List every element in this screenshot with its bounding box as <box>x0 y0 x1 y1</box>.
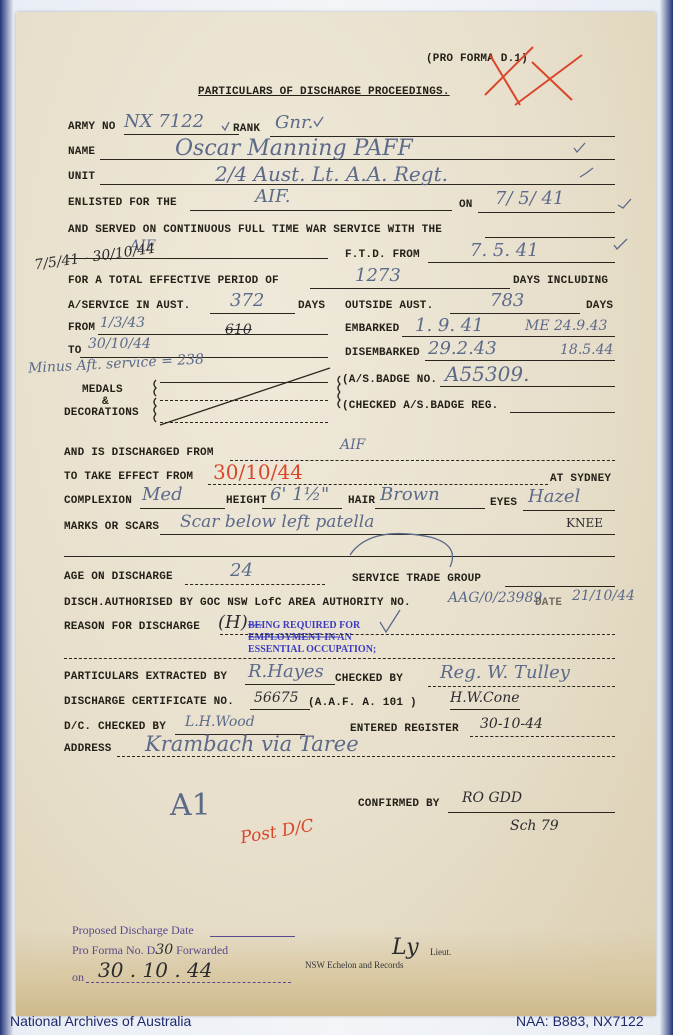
medals-line-3 <box>160 422 328 423</box>
total-period-value: 1273 <box>355 265 401 286</box>
eyes-label: EYES <box>490 497 517 509</box>
embarked-value: 1. 9. 41 <box>415 315 484 336</box>
served-line <box>485 237 615 238</box>
eyes-line <box>523 510 615 511</box>
rank-label: RANK <box>233 123 260 135</box>
a1-annotation: A1 <box>170 788 211 823</box>
pro-forma-suffix: Forwarded <box>176 943 228 957</box>
extracted-label: PARTICULARS EXTRACTED BY <box>64 671 227 683</box>
discharged-from-value: AIF <box>340 437 365 453</box>
effect-location: AT SYDNEY <box>550 473 611 485</box>
trade-group-line <box>505 586 615 587</box>
outside-aust-label: OUTSIDE AUST. <box>345 300 433 312</box>
entered-register-value: 30-10-44 <box>480 716 543 732</box>
reason-line <box>220 634 615 635</box>
disembarked-label: DISEMBARKED <box>345 347 420 359</box>
hair-value: Brown <box>380 484 440 505</box>
from-label: FROM <box>68 322 95 334</box>
badge-value: A55309. <box>445 362 529 386</box>
total-period-line <box>310 288 510 289</box>
service-aust-value: 372 <box>230 290 264 311</box>
complexion-label: COMPLEXION <box>64 495 132 507</box>
marks-label: MARKS OR SCARS <box>64 521 159 533</box>
army-no-line <box>124 134 239 135</box>
outside-aust-suffix: DAYS <box>586 300 613 312</box>
struck-value: 610 <box>225 322 252 338</box>
reason-line-2 <box>64 658 615 659</box>
height-label: HEIGHT <box>226 495 267 507</box>
disembarked-value: 29.2.43 <box>428 338 497 359</box>
disembarked-value-2: 18.5.44 <box>560 342 613 358</box>
height-line <box>262 508 342 509</box>
marks-value: Scar below left patella <box>180 512 374 532</box>
certificate-form-ref: (A.A.F. A. 101 ) <box>308 697 417 709</box>
marks-line <box>160 534 615 535</box>
disembarked-line <box>425 360 615 361</box>
army-no-value: NX 7122 <box>124 111 204 132</box>
medals-line-2 <box>160 400 328 401</box>
authorised-date-value: 21/10/44 <box>572 588 635 604</box>
checked-by-label: CHECKED BY <box>335 673 403 685</box>
from-line <box>98 334 328 335</box>
certificate-line <box>250 709 310 710</box>
marks-insert: KNEE <box>566 516 603 530</box>
badge-line <box>440 386 615 387</box>
on-line <box>86 982 291 983</box>
checked-by-line <box>428 686 615 687</box>
name-label: NAME <box>68 146 95 158</box>
address-value: Krambach via Taree <box>145 732 359 756</box>
to-value: 30/10/44 <box>88 336 151 352</box>
dc-checked-value: L.H.Wood <box>185 714 255 730</box>
authorised-date-label: DATE <box>535 597 562 609</box>
effect-from-value: 30/10/44 <box>213 460 303 484</box>
extracted-line <box>245 684 335 685</box>
age-value: 24 <box>230 560 253 581</box>
discharged-from-label: AND IS DISCHARGED FROM <box>64 447 214 459</box>
authorised-value: AAG/0/23989 <box>448 590 542 606</box>
address-label: ADDRESS <box>64 743 112 755</box>
embarked-label: EMBARKED <box>345 323 399 335</box>
officer-signature: Ly <box>392 935 419 960</box>
hair-label: HAIR <box>348 495 375 507</box>
badge-label: (A/S.BADGE NO. <box>342 374 437 386</box>
reason-label: REASON FOR DISCHARGE <box>64 621 200 633</box>
reason-code: (H) <box>218 612 248 633</box>
pro-forma-value: 30 <box>155 942 173 958</box>
archive-reference: NAA: B883, NX7122 <box>516 1013 644 1029</box>
service-aust-label: A/SERVICE IN AUST. <box>68 300 190 312</box>
reason-stamp-line-1: BEING REQUIRED FOR <box>248 620 360 632</box>
pro-forma-prefix: Pro Forma No. D <box>72 943 155 957</box>
ftd-line <box>428 262 615 263</box>
trade-group-label: SERVICE TRADE GROUP <box>352 573 481 585</box>
certificate-value: 56675 <box>254 690 299 706</box>
medals-line-1 <box>160 382 328 383</box>
on-value: 30 . 10 . 44 <box>98 958 213 982</box>
certificate-initials: H.W.Cone <box>450 690 520 706</box>
authorised-label: DISCH.AUTHORISED BY GOC NSW LofC AREA AU… <box>64 597 411 609</box>
age-label: AGE ON DISCHARGE <box>64 571 173 583</box>
name-value: Oscar Manning PAFF <box>175 136 413 161</box>
ftd-label: F.T.D. FROM <box>345 249 420 261</box>
checked-badge-label: (CHECKED A/S.BADGE REG. <box>342 400 498 412</box>
enlisted-on-value: 7/ 5/ 41 <box>495 188 564 209</box>
officer-title: Lieut. <box>430 947 451 957</box>
confirmed-label: CONFIRMED BY <box>358 798 440 810</box>
eyes-value: Hazel <box>528 486 580 507</box>
entered-register-label: ENTERED REGISTER <box>350 723 459 735</box>
served-label: AND SERVED ON CONTINUOUS FULL TIME WAR S… <box>68 224 442 236</box>
outside-aust-value: 783 <box>490 290 524 311</box>
certificate-initials-line <box>450 709 520 710</box>
blank-line <box>64 556 615 557</box>
service-aust-line <box>210 313 295 314</box>
from-value: 1/3/43 <box>100 315 145 331</box>
decorations-label: DECORATIONS <box>64 407 139 419</box>
enlisted-on-line <box>478 212 615 213</box>
archive-name: National Archives of Australia <box>10 1013 191 1029</box>
enlisted-label: ENLISTED FOR THE <box>68 197 177 209</box>
entered-register-line <box>470 736 615 737</box>
enlisted-line <box>190 210 452 211</box>
proposed-date-label: Proposed Discharge Date <box>72 923 194 938</box>
on-label: on <box>72 970 84 985</box>
complexion-value: Med <box>142 484 183 505</box>
confirmed-sub: Sch 79 <box>510 818 559 834</box>
effect-from-line <box>208 484 548 485</box>
embarked-line <box>402 336 615 337</box>
outside-aust-line <box>450 313 580 314</box>
page-title: PARTICULARS OF DISCHARGE PROCEEDINGS. <box>198 86 450 98</box>
reason-stamp-line-3: ESSENTIAL OCCUPATION; <box>248 644 376 656</box>
hair-line <box>375 508 485 509</box>
complexion-line <box>140 508 225 509</box>
proposed-date-line <box>210 936 295 937</box>
height-value: 6' 1½" <box>270 484 329 505</box>
effect-from-label: TO TAKE EFFECT FROM <box>64 471 193 483</box>
confirmed-line <box>448 812 615 813</box>
embarked-value-2: ME 24.9.43 <box>525 318 607 334</box>
confirmed-value: RO GDD <box>462 790 522 806</box>
service-aust-suffix: DAYS <box>298 300 325 312</box>
to-label: TO <box>68 345 82 357</box>
ftd-value: 7. 5. 41 <box>470 240 539 261</box>
army-no-label: ARMY NO <box>68 121 116 133</box>
enlisted-on-label: ON <box>459 199 473 211</box>
office-name: NSW Echelon and Records <box>305 960 404 970</box>
extracted-value: R.Hayes <box>248 661 324 682</box>
total-period-label: FOR A TOTAL EFFECTIVE PERIOD OF <box>68 275 279 287</box>
total-period-suffix: DAYS INCLUDING <box>513 275 608 287</box>
address-line <box>117 756 615 757</box>
unit-label: UNIT <box>68 171 95 183</box>
pro-forma-line: Pro Forma No. D30 Forwarded <box>72 942 228 958</box>
age-line <box>185 584 325 585</box>
checked-badge-line <box>510 412 615 413</box>
medals-label: MEDALS <box>82 384 123 396</box>
form-id: (PRO FORMA D.1) <box>426 53 528 65</box>
checked-by-value: Reg. W. Tulley <box>440 662 570 683</box>
unit-value: 2/4 Aust. Lt. A.A. Regt. <box>215 162 448 186</box>
certificate-label: DISCHARGE CERTIFICATE NO. <box>64 696 234 708</box>
enlisted-value: AIF. <box>255 186 291 207</box>
rank-value: Gnr. <box>275 112 313 133</box>
